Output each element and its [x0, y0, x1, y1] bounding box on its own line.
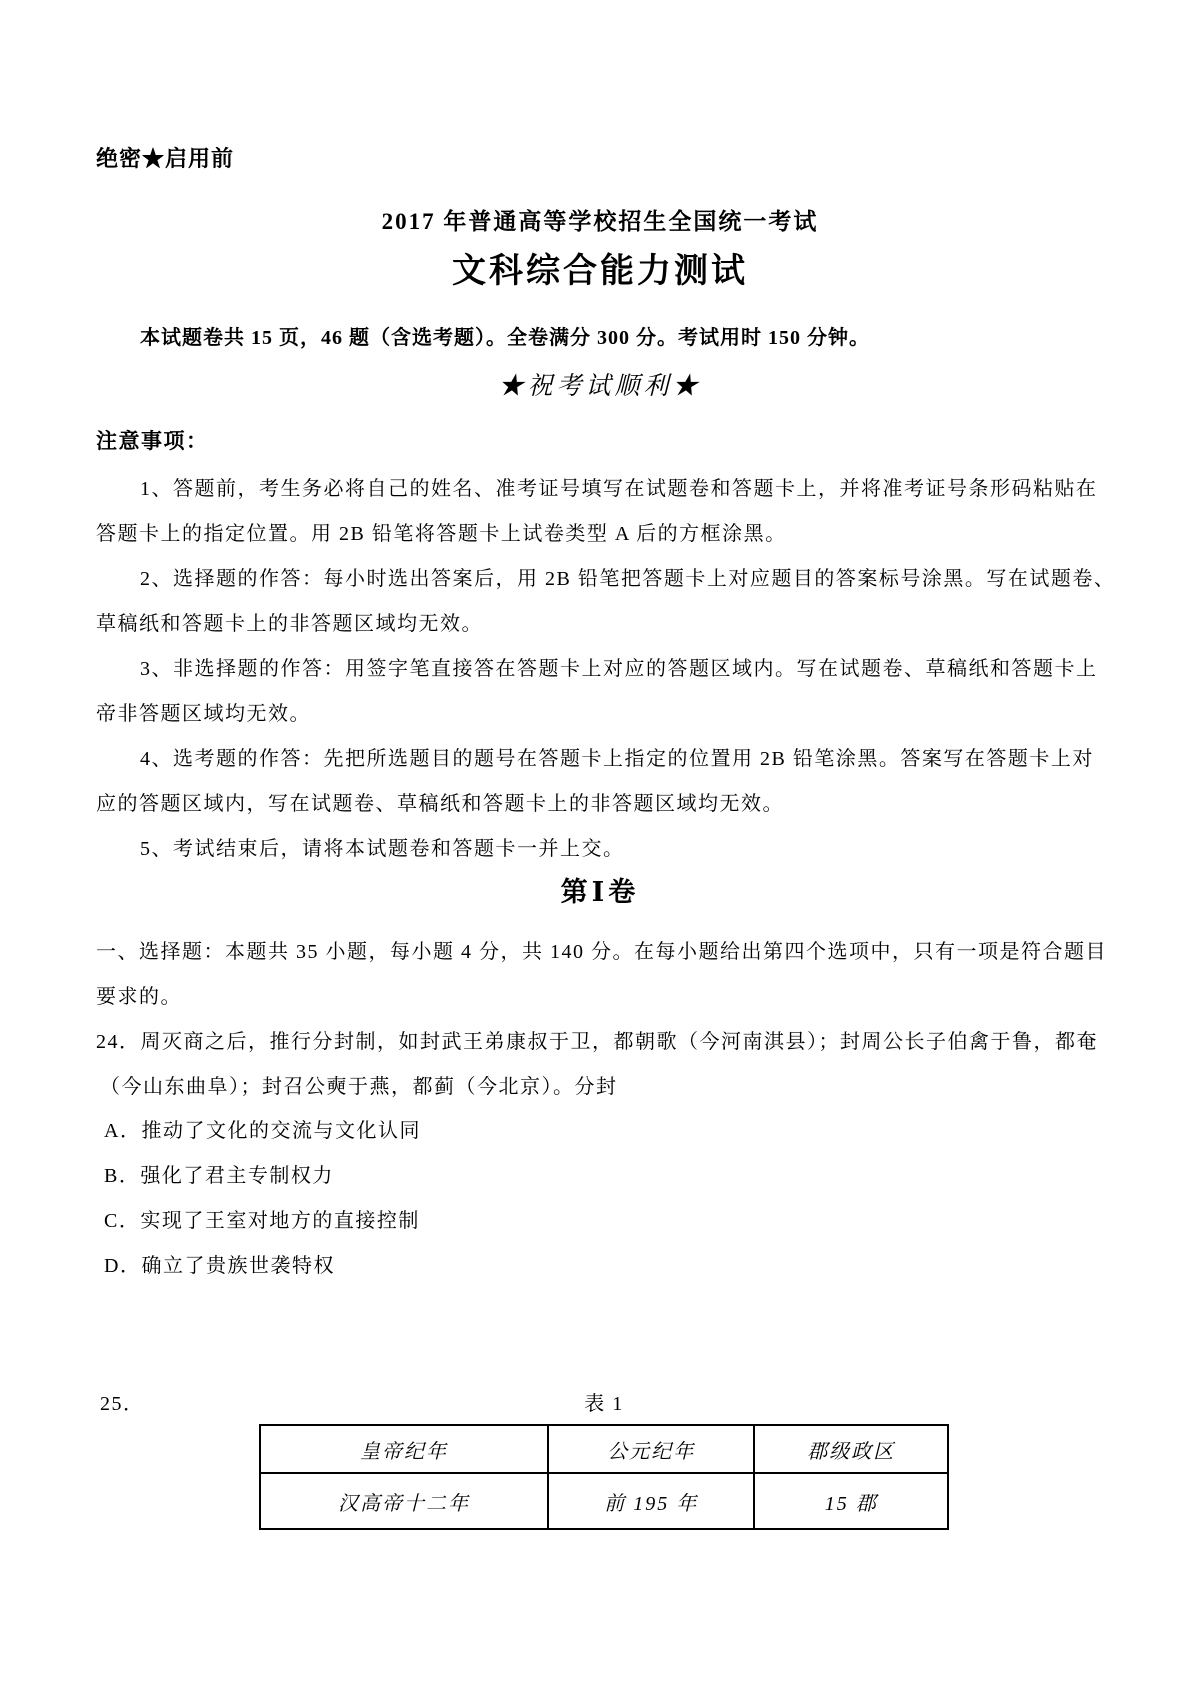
table-cell-commandery: 15 郡	[754, 1473, 948, 1529]
question-24-option-d: D．确立了贵族世袭特权	[104, 1254, 335, 1278]
notice-line-4: 草稿纸和答题卡上的非答题区域均无效。	[96, 612, 483, 636]
notice-line-6: 帝非答题区域均无效。	[96, 702, 311, 726]
question-24-line-2: （今山东曲阜）；封召公奭于燕，都蓟（今北京）。分封	[100, 1075, 618, 1099]
question-25-number: 25．	[100, 1392, 145, 1416]
question-24-option-b: B．强化了君主专制权力	[104, 1164, 334, 1188]
subject-title: 文科综合能力测试	[0, 252, 1200, 293]
table-cell-emperor-era: 汉高帝十二年	[260, 1473, 548, 1529]
table-header-common-era: 公元纪年	[548, 1425, 754, 1473]
notice-line-1: 1、答题前，考生务必将自己的姓名、准考证号填写在试题卷和答题卡上，并将准考证号条…	[140, 477, 1098, 501]
question-24-line-1: 24．周灭商之后，推行分封制，如封武王弟康叔于卫，都朝歌（今河南淇县）；封周公长…	[96, 1030, 1098, 1054]
classification-label: 绝密★启用前	[96, 146, 234, 172]
table-header-commandery: 郡级政区	[754, 1425, 948, 1473]
exam-wish-line: ★祝考试顺利★	[0, 372, 1200, 402]
notice-line-7: 4、选考题的作答：先把所选题目的题号在答题卡上指定的位置用 2B 铅笔涂黑。答案…	[140, 747, 1094, 771]
table-row: 汉高帝十二年 前 195 年 15 郡	[260, 1473, 948, 1529]
table-header-row: 皇帝纪年 公元纪年 郡级政区	[260, 1425, 948, 1473]
question-24-option-c: C．实现了王室对地方的直接控制	[104, 1209, 420, 1233]
exam-document-page: 绝密★启用前 2017 年普通高等学校招生全国统一考试 文科综合能力测试 本试题…	[0, 0, 1200, 1698]
multiple-choice-instruction-line-2: 要求的。	[96, 985, 182, 1009]
question-24-option-a: A．推动了文化的交流与文化认同	[104, 1119, 421, 1143]
notice-line-9: 5、考试结束后，请将本试题卷和答题卡一并上交。	[140, 837, 625, 861]
table-cell-common-era: 前 195 年	[548, 1473, 754, 1529]
question-25-table: 皇帝纪年 公元纪年 郡级政区 汉高帝十二年 前 195 年 15 郡	[259, 1424, 949, 1530]
part-one-title: 第Ⅰ卷	[0, 876, 1200, 908]
paper-info: 本试题卷共 15 页，46 题（含选考题）。全卷满分 300 分。考试用时 15…	[140, 326, 870, 350]
exam-title: 2017 年普通高等学校招生全国统一考试	[0, 208, 1200, 236]
notice-line-8: 应的答题区域内，写在试题卷、草稿纸和答题卡上的非答题区域均无效。	[96, 792, 784, 816]
multiple-choice-instruction-line-1: 一、选择题：本题共 35 小题，每小题 4 分，共 140 分。在每小题给出第四…	[96, 940, 1107, 964]
notice-line-5: 3、非选择题的作答：用签字笔直接答在答题卡上对应的答题区域内。写在试题卷、草稿纸…	[140, 657, 1098, 681]
notice-line-2: 答题卡上的指定位置。用 2B 铅笔将答题卡上试卷类型 A 后的方框涂黑。	[96, 522, 787, 546]
notice-line-3: 2、选择题的作答：每小时选出答案后，用 2B 铅笔把答题卡上对应题目的答案标号涂…	[140, 567, 1115, 591]
notice-heading: 注意事项：	[96, 429, 209, 454]
table-header-emperor-era: 皇帝纪年	[260, 1425, 548, 1473]
table-1-caption: 表 1	[259, 1392, 949, 1416]
